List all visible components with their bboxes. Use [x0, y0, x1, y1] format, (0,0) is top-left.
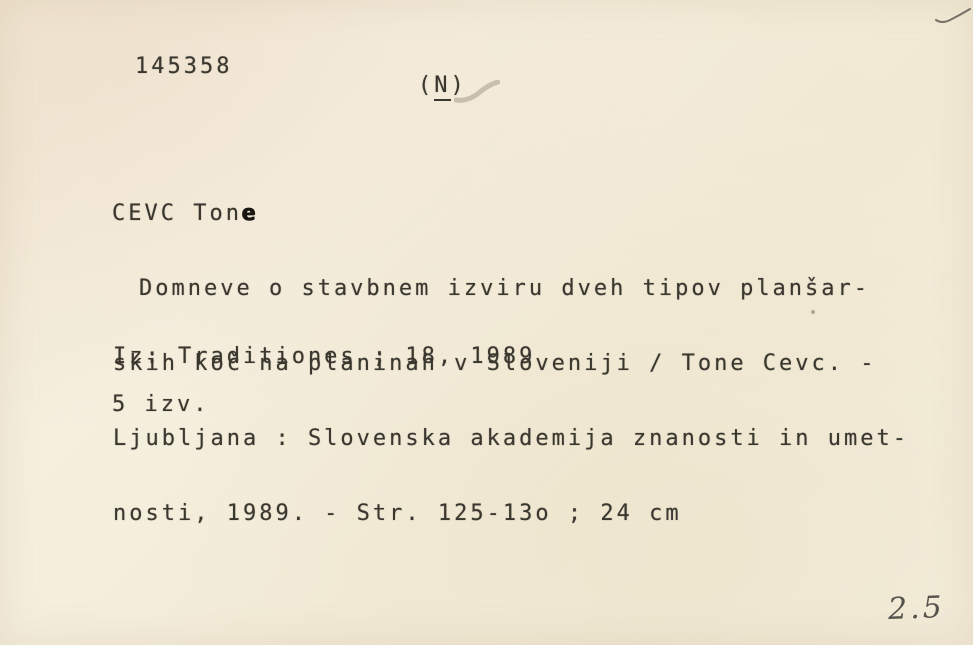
- description-line: nosti, 1989. - Str. 125-13o ; 24 cm: [113, 501, 909, 526]
- copies-note: 5 izv.: [112, 392, 209, 417]
- author-name: CEVC Ton: [112, 201, 242, 226]
- description-line: Ljubljana : Slovenska akademija znanosti…: [113, 426, 909, 451]
- paper-speck: [811, 310, 815, 314]
- pen-mark: [934, 5, 972, 27]
- description-block: Domneve o stavbnem izviru dveh tipov pla…: [113, 226, 909, 576]
- catalog-card: 145358 (N) CEVC Tone Domneve o stavbnem …: [0, 0, 973, 645]
- author-heading: CEVC Tone: [112, 201, 258, 226]
- source-note: Iz: Traditiones ; 18, 1989: [113, 344, 535, 369]
- handwritten-shelf-number: 2.5: [887, 590, 945, 627]
- accession-number: 145358: [135, 54, 232, 79]
- author-overstruck-char: e: [242, 201, 258, 226]
- classification-letter: N: [434, 73, 450, 101]
- ink-smudge: [454, 80, 500, 104]
- description-line: Domneve o stavbnem izviru dveh tipov pla…: [113, 276, 909, 301]
- classification-open-paren: (: [418, 73, 434, 98]
